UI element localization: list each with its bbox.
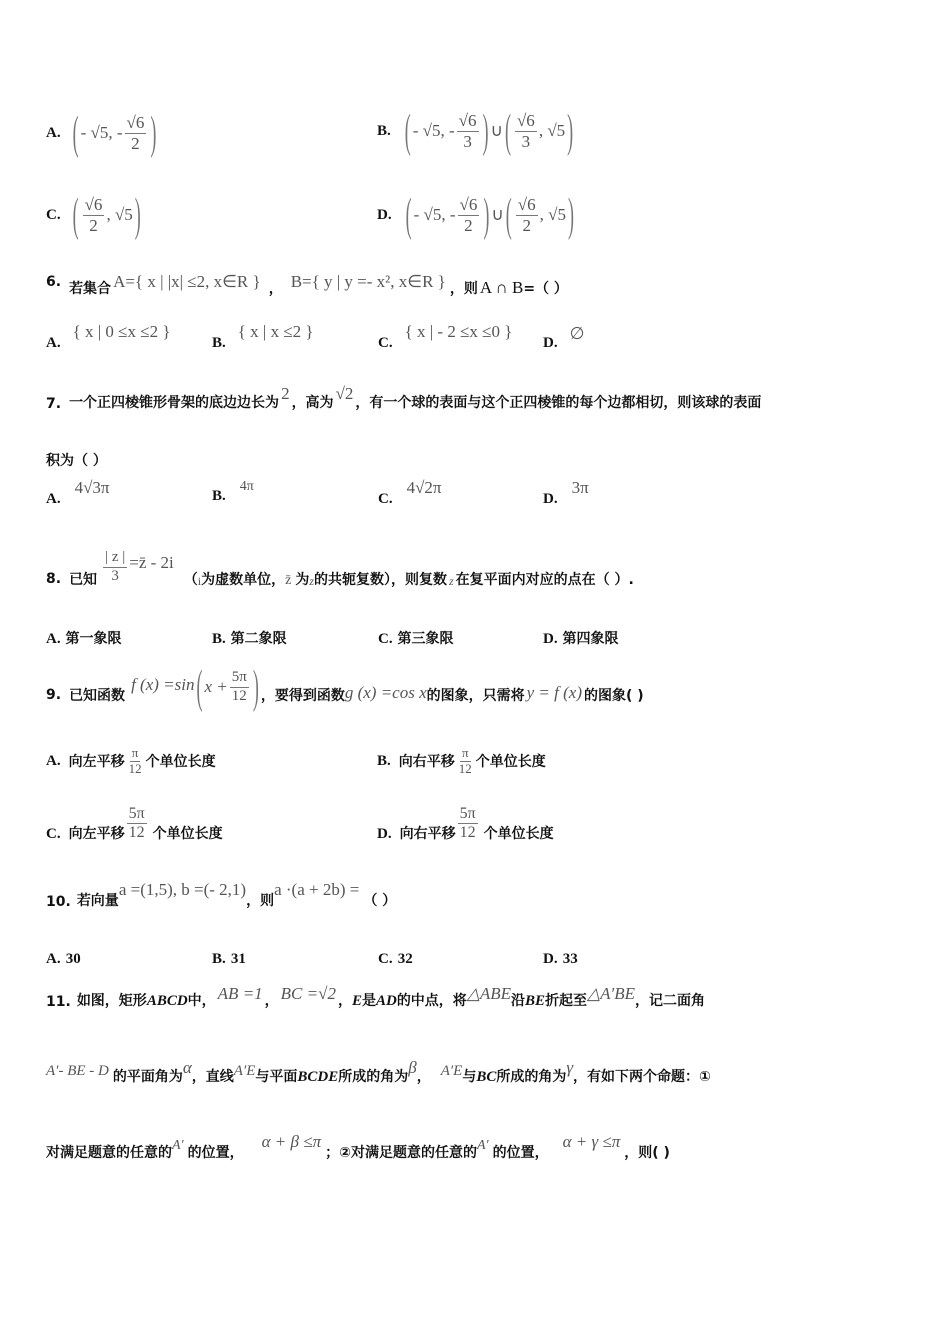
question-text: 与 [462, 1066, 476, 1086]
question-text: 对满足题意的任意的 [46, 1142, 172, 1162]
math-part: - √5, - [413, 121, 455, 141]
q8-stem: 8. 已知 | z |3 =z̄ - 2i （ i 为虚数单位， z̄ 为 z … [46, 542, 634, 592]
option-value: 31 [231, 951, 246, 967]
math-part: - √5, - [81, 123, 123, 143]
q8-option-a[interactable]: A. 第一象限 [46, 628, 121, 648]
left-paren: ( [73, 188, 79, 243]
question-number: 10. [46, 894, 71, 910]
option-value: 第四象限 [562, 631, 618, 647]
option-value: 第二象限 [231, 631, 287, 647]
q10-option-b[interactable]: B. 31 [212, 948, 246, 968]
option-value: 第三象限 [397, 631, 453, 647]
left-paren: ( [405, 104, 411, 159]
question-text: ，直线 [192, 1066, 234, 1086]
question-text: 中， [188, 990, 216, 1010]
option-value: 30 [66, 951, 81, 967]
plane-bcde: BCDE [297, 1069, 338, 1086]
height-value: √2 [336, 384, 354, 404]
math-part: - √5, - [414, 205, 456, 225]
question-text: ；②对满足题意的任意的 [325, 1142, 477, 1162]
segment-bc: BC [476, 1069, 496, 1086]
option-label: C. [378, 951, 393, 967]
question-number: 11. [46, 994, 71, 1010]
q8-option-c[interactable]: C. 第三象限 [378, 628, 453, 648]
base-length: 2 [281, 384, 290, 404]
question-number: 9. [46, 687, 61, 703]
right-paren: ) [253, 660, 259, 715]
question-text: ，高为 [292, 392, 334, 412]
option-label: B. [377, 123, 391, 140]
triangle-a-prime-be: △A′BE [587, 984, 635, 1004]
q5-option-d[interactable]: D. ( - √5, - √62 ) ∪ ( √62 , √5 ) [377, 188, 576, 242]
option-text: 个单位长度 [484, 823, 554, 843]
left-paren: ( [505, 104, 511, 159]
triangle-abe: △ABE [467, 984, 511, 1004]
q6-option-d[interactable]: D. ∅ [543, 330, 584, 350]
question-text: ，记二面角 [635, 990, 705, 1010]
question-text: ，则( ) [624, 1142, 670, 1162]
option-value: 第一象限 [65, 631, 121, 647]
equation-rhs: =z̄ - 2i [129, 553, 174, 573]
question-text: ，有如下两个命题：① [573, 1066, 711, 1086]
vectors: a =(1,5), b =(- 2,1) [119, 880, 246, 900]
q11-stem-line2: A′- BE - D 的平面角为 α ，直线 A′E 与平面 BCDE 所成的角… [46, 1066, 711, 1086]
gamma-symbol: γ [566, 1058, 573, 1078]
question-text: 的共轭复数），则复数 [314, 569, 447, 589]
option-label: C. [46, 826, 61, 843]
option-value: 4√2π [407, 478, 442, 498]
answer-blank: （ ） [363, 890, 396, 910]
q9-option-c[interactable]: C. 向左平移 5π12 个单位长度 [46, 805, 223, 843]
question-text: ，则 [450, 278, 478, 298]
q9-option-b[interactable]: B. 向右平移 π12 个单位长度 [377, 746, 546, 777]
right-paren: ) [150, 106, 156, 161]
z-conjugate: z̄ [285, 573, 291, 589]
question-number: 8. [46, 571, 61, 587]
option-value: 3π [572, 478, 589, 498]
fraction: π12 [457, 746, 474, 777]
question-text: ，则 [246, 890, 274, 910]
q8-option-d[interactable]: D. 第四象限 [543, 628, 618, 648]
q10-option-c[interactable]: C. 32 [378, 948, 413, 968]
segment-be: BE [525, 993, 545, 1010]
option-value: 32 [398, 951, 413, 967]
q8-option-b[interactable]: B. 第二象限 [212, 628, 287, 648]
option-label: A. [46, 335, 61, 352]
question-text: ， [338, 990, 352, 1010]
q9-stem: 9. 已知函数 f (x) =sin ( x + 5π12 ) ，要得到函数 g… [46, 662, 644, 712]
inequality-2: α + γ ≤π [563, 1132, 621, 1152]
option-label: D. [543, 951, 558, 967]
question-text: 如图，矩形 [77, 990, 147, 1010]
q6-option-b[interactable]: B. { x | x ≤2 } [212, 330, 314, 350]
question-text: 沿 [511, 990, 525, 1010]
question-text: ， [269, 278, 283, 298]
point-a-prime: A′ [477, 1138, 489, 1154]
union-symbol: ∪ [491, 121, 503, 141]
point-e: E [352, 993, 362, 1010]
option-label: C. [46, 207, 61, 224]
fraction: √63 [515, 111, 537, 151]
ab-length: AB =1 [218, 984, 263, 1004]
union-symbol: ∪ [491, 205, 503, 225]
option-label: A. [46, 491, 61, 508]
option-value: { x | x ≤2 } [238, 322, 314, 342]
q6-stem: 6. 若集合 A={ x | |x| ≤2, x∈R } ， B={ y | y… [46, 272, 568, 292]
rect-abcd: ABCD [147, 993, 188, 1010]
question-text: 的图象，只需将 [427, 685, 525, 705]
q7-stem: 7. 一个正四棱锥形骨架的底边边长为 2 ，高为 √2 ，有一个球的表面与这个正… [46, 392, 761, 412]
line-a-prime-e: A′E [441, 1063, 463, 1080]
right-paren: ) [567, 104, 573, 159]
q10-stem: 10. 若向量 a =(1,5), b =(- 2,1) ，则 a ·(a + … [46, 890, 396, 910]
function-y: y = f (x) [527, 683, 582, 703]
right-paren: ) [483, 104, 489, 159]
q9-option-d[interactable]: D. 向右平移 5π12 个单位长度 [377, 805, 554, 843]
right-paren: ) [568, 188, 574, 243]
option-label: D. [543, 491, 558, 508]
fraction: 5π12 [458, 805, 478, 843]
question-text: 的位置， [188, 1142, 244, 1162]
q7-option-b[interactable]: B. 4π [212, 488, 254, 505]
option-label: A. [46, 125, 61, 142]
option-text: 个单位长度 [146, 751, 216, 771]
fraction: √62 [125, 113, 147, 153]
option-text: 个单位长度 [153, 823, 223, 843]
q6-option-c[interactable]: C. { x | - 2 ≤x ≤0 } [378, 330, 512, 350]
set-b: B={ y | y =- x², x∈R } [291, 272, 446, 292]
function-arg: x + [204, 677, 227, 697]
option-text: 个单位长度 [476, 751, 546, 771]
question-text: ，要得到函数 [261, 685, 345, 705]
empty-set-symbol: ∅ [570, 324, 585, 344]
option-label: A. [46, 631, 61, 647]
right-paren: ) [483, 188, 489, 243]
line-a-prime-e: A′E [234, 1063, 256, 1080]
option-label: C. [378, 335, 393, 352]
q5-option-a[interactable]: A. ( - √5, - √62 ) [46, 106, 158, 160]
question-text: 的图象( ) [584, 685, 644, 705]
fraction: √62 [83, 195, 105, 235]
question-number: 7. [46, 396, 61, 412]
question-text: 为虚数单位， [201, 569, 285, 589]
inequality-1: α + β ≤π [262, 1132, 321, 1152]
fraction: 5π12 [127, 805, 147, 843]
q11-stem-line3: 对满足题意的任意的 A′ 的位置， α + β ≤π ；②对满足题意的任意的 A… [46, 1142, 670, 1162]
option-label: B. [212, 335, 226, 352]
function-g: g (x) =cos x [345, 683, 427, 703]
left-paren: ( [506, 188, 512, 243]
question-text: ， [265, 990, 279, 1010]
option-label: B. [212, 951, 226, 967]
option-label: B. [212, 488, 226, 505]
z-var: z [449, 574, 454, 589]
expression: a ·(a + 2b) = [274, 880, 359, 900]
option-value: 4π [240, 479, 254, 495]
math-part: , √5 [540, 205, 566, 225]
math-part: , √5 [539, 121, 565, 141]
segment-ad: AD [376, 993, 397, 1010]
question-text: 的中点，将 [397, 990, 467, 1010]
option-value: 33 [563, 951, 578, 967]
q6-option-a[interactable]: A. { x | 0 ≤x ≤2 } [46, 330, 170, 350]
option-label: D. [543, 631, 558, 647]
left-paren: ( [406, 188, 412, 243]
q7-option-a[interactable]: A. 4√3π [46, 488, 110, 508]
alpha-symbol: α [183, 1058, 192, 1078]
q7-stem-line2: 积为（ ） [46, 450, 107, 470]
function-f: f (x) =sin [131, 675, 194, 695]
q10-option-a[interactable]: A. 30 [46, 948, 81, 968]
option-value: { x | - 2 ≤x ≤0 } [405, 322, 513, 342]
fraction: 5π12 [230, 669, 249, 705]
option-label: D. [377, 826, 392, 843]
fraction: | z |3 [103, 549, 127, 585]
question-text: 已知函数 [69, 685, 125, 705]
left-paren: ( [73, 106, 79, 161]
q10-option-d[interactable]: D. 33 [543, 948, 578, 968]
option-label: A. [46, 951, 61, 967]
question-text: 折起至 [545, 990, 587, 1010]
question-text: 在复平面内对应的点在（ ）. [456, 569, 634, 589]
fraction: √63 [457, 111, 479, 151]
option-label: C. [378, 491, 393, 508]
question-text: 已知 [69, 569, 97, 589]
fraction: π12 [127, 746, 144, 777]
option-label: B. [212, 631, 226, 647]
question-text: 若向量 [77, 890, 119, 910]
question-text: ，有一个球的表面与这个正四棱锥的每个边都相切，则该球的表面 [355, 392, 761, 412]
question-text: 是 [362, 990, 376, 1010]
answer-blank: =（ ） [523, 278, 568, 298]
question-text: 的平面角为 [113, 1066, 183, 1086]
question-text: 所成的角为 [496, 1066, 566, 1086]
option-text: 向左平移 [69, 751, 125, 771]
option-label: B. [377, 753, 391, 770]
fraction: √62 [516, 195, 538, 235]
option-text: 向左平移 [69, 823, 125, 843]
question-text: 为 [295, 569, 309, 589]
q7-option-c[interactable]: C. 4√2π [378, 488, 442, 508]
math-part: , √5 [106, 205, 132, 225]
q5-option-c[interactable]: C. ( √62 , √5 ) [46, 188, 143, 242]
q11-stem-line1: 11. 如图，矩形 ABCD 中， AB =1 ， BC =√2 ， E 是 A… [46, 990, 705, 1010]
left-paren: ( [196, 660, 202, 715]
question-text: 所成的角为 [338, 1066, 408, 1086]
set-a: A={ x | |x| ≤2, x∈R } [113, 272, 261, 292]
question-text: 若集合 [69, 278, 111, 298]
right-paren: ) [135, 188, 141, 243]
option-value: { x | 0 ≤x ≤2 } [73, 322, 171, 342]
q9-option-a[interactable]: A. 向左平移 π12 个单位长度 [46, 746, 216, 777]
question-text: （ [184, 569, 198, 589]
question-text: ， [417, 1066, 431, 1086]
option-text: 向右平移 [400, 823, 456, 843]
question-text: 与平面 [255, 1066, 297, 1086]
option-label: C. [378, 631, 393, 647]
q7-option-d[interactable]: D. 3π [543, 488, 589, 508]
fraction: √62 [458, 195, 480, 235]
bc-length: BC =√2 [281, 984, 336, 1004]
option-label: D. [377, 207, 392, 224]
option-label: D. [543, 335, 558, 352]
dihedral-angle: A′- BE - D [46, 1063, 109, 1080]
intersection: A ∩ B [480, 278, 523, 298]
option-text: 向右平移 [399, 751, 455, 771]
option-label: A. [46, 753, 61, 770]
question-number: 6. [46, 274, 61, 290]
question-text: 一个正四棱锥形骨架的底边边长为 [69, 392, 279, 412]
question-text: 的位置， [493, 1142, 549, 1162]
point-a-prime: A′ [172, 1138, 184, 1154]
option-value: 4√3π [75, 478, 110, 498]
beta-symbol: β [408, 1058, 416, 1078]
q5-option-b[interactable]: B. ( - √5, - √63 ) ∪ ( √63 , √5 ) [377, 104, 575, 158]
